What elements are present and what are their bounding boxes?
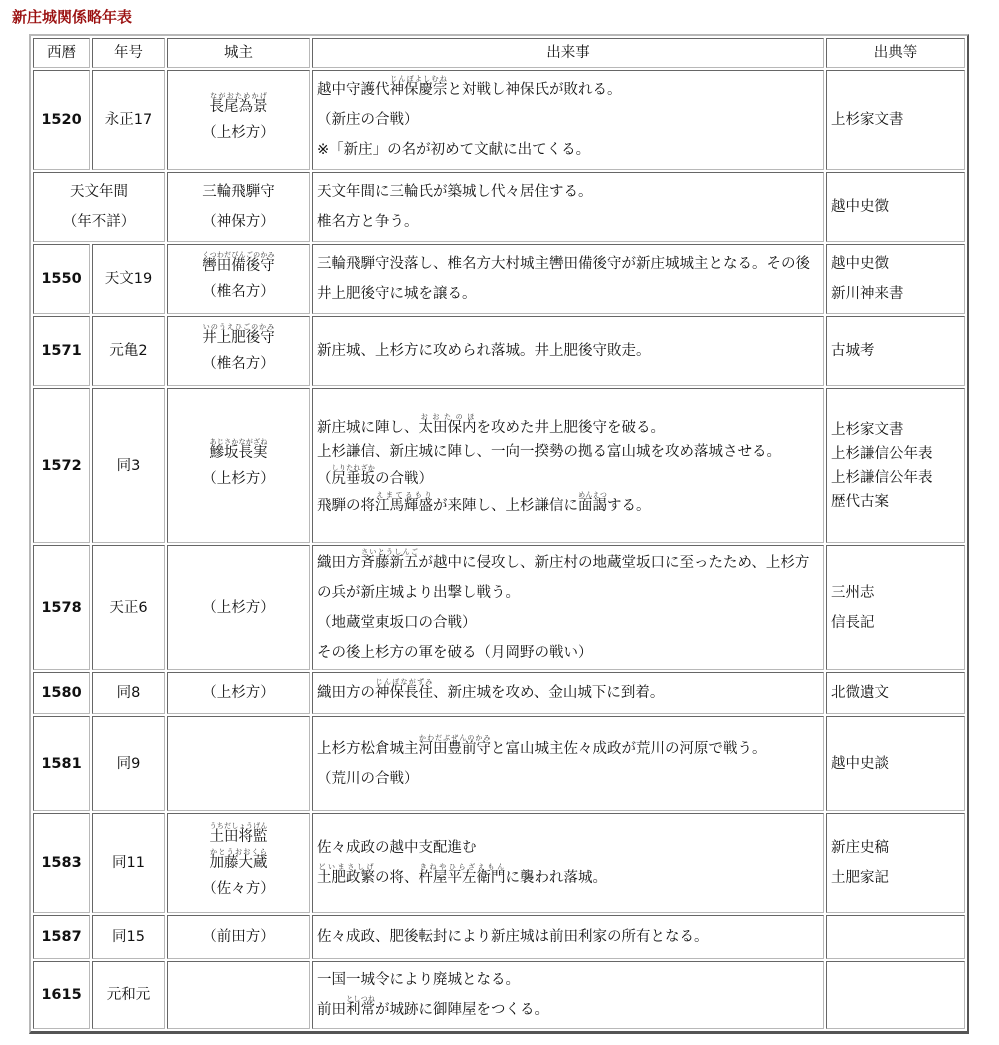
event-line: 織田方斉藤新五さいとうしんごが越中に侵攻し、新庄村の地蔵堂坂口に至ったため、上杉… <box>317 548 819 608</box>
chronology-table: 西暦 年号 城主 出来事 出典等 1520永正17長尾為景ながおためかげ（上杉方… <box>29 34 969 1034</box>
year-cell: 1520 <box>33 70 90 170</box>
lord-line: （椎名方） <box>172 277 305 307</box>
term-text: 土肥政繁 <box>317 870 375 886</box>
year-cell: 1550 <box>33 244 90 314</box>
text-segment: する。 <box>607 498 651 514</box>
furigana: じんぼながずみ <box>375 678 433 686</box>
text-segment: 織田方 <box>317 555 361 571</box>
table-row: 1578天正6（上杉方）織田方斉藤新五さいとうしんごが越中に侵攻し、新庄村の地蔵… <box>33 545 965 670</box>
source-item: 歴代古案 <box>831 490 960 514</box>
event-cell: 一国一城令により廃城となる。前田利常としつねが城跡に御陣屋をつくる。 <box>312 961 824 1029</box>
era-cell: 同15 <box>92 915 165 959</box>
event-line: 土肥政繁どいまさしげの将、杵屋平左衛門きねやひらざえもんに襲われ落城。 <box>317 863 819 893</box>
text-segment: 、新庄城を攻め、金山城下に到着。 <box>433 685 664 701</box>
era-cell: 永正17 <box>92 70 165 170</box>
furigana: おおたのほ <box>419 413 477 421</box>
source-cell: 越中史徴 <box>826 172 965 242</box>
text-segment: が城跡に御陣屋をつくる。 <box>375 1002 549 1018</box>
source-item: 上杉家文書 <box>831 105 960 135</box>
text-segment: と富山城主佐々成政が荒川の河原で戦う。 <box>491 741 767 757</box>
event-line: 三輪飛騨守没落し、椎名方大村城主轡田備後守が新庄城城主となる。その後井上肥後守に… <box>317 249 819 309</box>
text-segment: その後上杉方の軍を破る（月岡野の戦い） <box>317 645 593 661</box>
ruby-term: 神保長住じんぼながずみ <box>375 685 433 701</box>
source-item: 上杉謙信公年表 <box>831 466 960 490</box>
year-cell: 1615 <box>33 961 90 1029</box>
table-header-row: 西暦 年号 城主 出来事 出典等 <box>33 38 965 68</box>
lord-line: （上杉方） <box>172 593 305 623</box>
text-segment: 織田方の <box>317 685 375 701</box>
source-item: 新川神来書 <box>831 279 960 309</box>
event-cell: 織田方斉藤新五さいとうしんごが越中に侵攻し、新庄村の地蔵堂坂口に至ったため、上杉… <box>312 545 824 670</box>
era-label: 天文年間 <box>38 177 160 207</box>
era-cell: 同8 <box>92 672 165 714</box>
furigana: かわだぶぜんのかみ <box>419 734 491 742</box>
text-segment: 上杉謙信、新庄城に陣し、一向一揆勢の拠る富山城を攻め落城させる。 <box>317 444 781 460</box>
source-cell: 上杉家文書 <box>826 70 965 170</box>
era-cell: 同11 <box>92 813 165 913</box>
source-cell: 越中史徴新川神来書 <box>826 244 965 314</box>
event-line: （新庄の合戦） <box>317 105 819 135</box>
term-text: 加藤大蔵 <box>210 855 268 871</box>
text-segment: を攻めた井上肥後守を破る。 <box>477 420 666 436</box>
text-segment: 新庄城、上杉方に攻められ落城。井上肥後守敗走。 <box>317 343 651 359</box>
text-segment: と対戦し神保氏が敗れる。 <box>448 82 622 98</box>
text-segment: （椎名方） <box>202 284 275 300</box>
era-cell-merged: 天文年間（年不詳） <box>33 172 165 242</box>
text-segment: ※「新庄」の名が初めて文献に出てくる。 <box>317 142 590 158</box>
lord-line: 加藤大蔵かとうおおくら <box>172 848 305 874</box>
text-segment: （椎名方） <box>202 356 275 372</box>
term-text: 神保長住 <box>375 685 433 701</box>
lord-cell: 井上肥後守いのうえひごのかみ（椎名方） <box>167 316 310 386</box>
furigana: じんぼよしむね <box>390 75 448 83</box>
lord-cell: 長尾為景ながおためかげ（上杉方） <box>167 70 310 170</box>
text-segment: （前田方） <box>202 929 275 945</box>
source-item: 三州志 <box>831 578 960 608</box>
source-item: 上杉謙信公年表 <box>831 442 960 466</box>
table-row: 1571元亀2井上肥後守いのうえひごのかみ（椎名方）新庄城、上杉方に攻められ落城… <box>33 316 965 386</box>
text-segment: 越中守護代 <box>317 82 390 98</box>
event-line: 前田利常としつねが城跡に御陣屋をつくる。 <box>317 995 819 1025</box>
text-segment: （荒川の合戦） <box>317 771 419 787</box>
source-item: 土肥家記 <box>831 863 960 893</box>
term-text: 鰺坂長実 <box>210 445 268 461</box>
event-cell: 佐々成政の越中支配進む土肥政繁どいまさしげの将、杵屋平左衛門きねやひらざえもんに… <box>312 813 824 913</box>
term-text: 井上肥後守 <box>202 330 275 346</box>
event-cell: 上杉方松倉城主河田豊前守かわだぶぜんのかみと富山城主佐々成政が荒川の河原で戦う。… <box>312 716 824 811</box>
table-row: 1550天文19轡田備後守くつわだびんごのかみ（椎名方）三輪飛騨守没落し、椎名方… <box>33 244 965 314</box>
ruby-term: 轡田備後守くつわだびんごのかみ <box>202 258 275 274</box>
ruby-term: 杵屋平左衛門きねやひらざえもん <box>419 870 506 886</box>
lord-cell: （前田方） <box>167 915 310 959</box>
event-line: （荒川の合戦） <box>317 764 819 794</box>
text-segment: 一国一城令により廃城となる。 <box>317 972 520 988</box>
ruby-term: 斉藤新五さいとうしんご <box>361 555 419 571</box>
term-text: 太田保内 <box>419 420 477 436</box>
term-text: 轡田備後守 <box>202 258 275 274</box>
table-row: 1581同9上杉方松倉城主河田豊前守かわだぶぜんのかみと富山城主佐々成政が荒川の… <box>33 716 965 811</box>
event-line: 椎名方と争う。 <box>317 207 819 237</box>
lord-cell: 三輪飛騨守（神保方） <box>167 172 310 242</box>
furigana: くつわだびんごのかみ <box>202 251 275 259</box>
term-text: 斉藤新五 <box>361 555 419 571</box>
ruby-term: 江馬輝盛えまてるもり <box>375 498 433 514</box>
event-line: 一国一城令により廃城となる。 <box>317 965 819 995</box>
event-line: 天文年間に三輪氏が築城し代々居住する。 <box>317 177 819 207</box>
table-row: 1587同15（前田方）佐々成政、肥後転封により新庄城は前田利家の所有となる。 <box>33 915 965 959</box>
text-segment: 椎名方と争う。 <box>317 214 419 230</box>
event-line: 新庄城、上杉方に攻められ落城。井上肥後守敗走。 <box>317 336 819 366</box>
furigana: としつね <box>346 995 375 1003</box>
era-cell: 天正6 <box>92 545 165 670</box>
source-item: 越中史談 <box>831 749 960 779</box>
lord-line: 長尾為景ながおためかげ <box>172 92 305 118</box>
event-line: （尻垂坂しりたれざかの合戦） <box>317 464 819 491</box>
table-row: 1520永正17長尾為景ながおためかげ（上杉方）越中守護代神保慶宗じんぼよしむね… <box>33 70 965 170</box>
ruby-term: 太田保内おおたのほ <box>419 420 477 436</box>
text-segment: 前田 <box>317 1002 346 1018</box>
term-text: 面謁 <box>578 498 607 514</box>
source-item: 北微遺文 <box>831 678 960 708</box>
furigana: いのうえひごのかみ <box>202 323 274 331</box>
furigana: うちだしょうげん <box>210 822 268 830</box>
source-item: 古城考 <box>831 336 960 366</box>
event-cell: 織田方の神保長住じんぼながずみ、新庄城を攻め、金山城下に到着。 <box>312 672 824 714</box>
event-line: ※「新庄」の名が初めて文献に出てくる。 <box>317 135 819 165</box>
term-text: 尻垂坂 <box>332 471 376 487</box>
ruby-term: 土肥政繁どいまさしげ <box>317 870 375 886</box>
year-cell: 1572 <box>33 388 90 543</box>
text-segment: （佐々方） <box>202 881 275 897</box>
term-text: 長尾為景 <box>210 99 268 115</box>
lord-line: （佐々方） <box>172 874 305 904</box>
event-cell: 新庄城に陣し、太田保内おおたのほを攻めた井上肥後守を破る。上杉謙信、新庄城に陣し… <box>312 388 824 543</box>
lord-line: （上杉方） <box>172 118 305 148</box>
lord-cell <box>167 716 310 811</box>
era-cell: 元和元 <box>92 961 165 1029</box>
table-row: 天文年間（年不詳）三輪飛騨守（神保方）天文年間に三輪氏が築城し代々居住する。椎名… <box>33 172 965 242</box>
lord-cell <box>167 961 310 1029</box>
lord-cell: （上杉方） <box>167 545 310 670</box>
source-cell: 上杉家文書上杉謙信公年表上杉謙信公年表歴代古案 <box>826 388 965 543</box>
table-body: 1520永正17長尾為景ながおためかげ（上杉方）越中守護代神保慶宗じんぼよしむね… <box>33 70 965 1029</box>
event-line: 上杉方松倉城主河田豊前守かわだぶぜんのかみと富山城主佐々成政が荒川の河原で戦う。 <box>317 734 819 764</box>
term-text: 江馬輝盛 <box>375 498 433 514</box>
text-segment: （上杉方） <box>202 125 275 141</box>
text-segment: 天文年間に三輪氏が築城し代々居住する。 <box>317 184 593 200</box>
furigana: あじさかながざね <box>210 438 268 446</box>
term-text: 土田将監 <box>210 829 268 845</box>
era-cell: 同9 <box>92 716 165 811</box>
furigana: かとうおおくら <box>210 848 268 856</box>
text-segment: の合戦） <box>375 471 433 487</box>
table-row: 1572同3鰺坂長実あじさかながざね（上杉方）新庄城に陣し、太田保内おおたのほを… <box>33 388 965 543</box>
furigana: めんえつ <box>578 491 607 499</box>
furigana: どいまさしげ <box>317 863 375 871</box>
ruby-term: 尻垂坂しりたれざか <box>332 471 376 487</box>
furigana: きねやひらざえもん <box>419 863 506 871</box>
lord-line: 轡田備後守くつわだびんごのかみ <box>172 251 305 277</box>
lord-cell: （上杉方） <box>167 672 310 714</box>
term-text: 杵屋平左衛門 <box>419 870 506 886</box>
era-cell: 同3 <box>92 388 165 543</box>
text-segment: （上杉方） <box>202 685 275 701</box>
term-text: 利常 <box>346 1002 375 1018</box>
lord-line: 土田将監うちだしょうげん <box>172 822 305 848</box>
ruby-term: 神保慶宗じんぼよしむね <box>390 82 448 98</box>
text-segment: （地蔵堂東坂口の合戦） <box>317 615 477 631</box>
header-lord: 城主 <box>167 38 310 68</box>
year-cell: 1580 <box>33 672 90 714</box>
source-item: 新庄史稿 <box>831 833 960 863</box>
era-cell: 天文19 <box>92 244 165 314</box>
table-row: 1580同8（上杉方）織田方の神保長住じんぼながずみ、新庄城を攻め、金山城下に到… <box>33 672 965 714</box>
source-cell: 新庄史稿土肥家記 <box>826 813 965 913</box>
era-sublabel: （年不詳） <box>38 207 160 237</box>
table-row: 1583同11土田将監うちだしょうげん加藤大蔵かとうおおくら（佐々方）佐々成政の… <box>33 813 965 913</box>
source-cell: 三州志信長記 <box>826 545 965 670</box>
event-cell: 天文年間に三輪氏が築城し代々居住する。椎名方と争う。 <box>312 172 824 242</box>
event-line: 飛騨の将江馬輝盛えまてるもりが来陣し、上杉謙信に面謁めんえつする。 <box>317 491 819 518</box>
text-segment: （上杉方） <box>202 471 275 487</box>
year-cell: 1571 <box>33 316 90 386</box>
event-line: 佐々成政、肥後転封により新庄城は前田利家の所有となる。 <box>317 922 819 952</box>
text-segment: 三輪飛騨守没落し、椎名方大村城主轡田備後守が新庄城城主となる。その後井上肥後守に… <box>317 256 810 302</box>
lord-cell: 土田将監うちだしょうげん加藤大蔵かとうおおくら（佐々方） <box>167 813 310 913</box>
text-segment: に襲われ落城。 <box>506 870 608 886</box>
text-segment: 三輪飛騨守 <box>202 184 275 200</box>
year-cell: 1587 <box>33 915 90 959</box>
text-segment: 新庄城に陣し、 <box>317 420 419 436</box>
lord-line: 井上肥後守いのうえひごのかみ <box>172 323 305 349</box>
text-segment: （ <box>317 471 332 487</box>
furigana: さいとうしんご <box>361 548 419 556</box>
header-source: 出典等 <box>826 38 965 68</box>
event-cell: 佐々成政、肥後転封により新庄城は前田利家の所有となる。 <box>312 915 824 959</box>
text-segment: が来陣し、上杉謙信に <box>433 498 578 514</box>
year-cell: 1578 <box>33 545 90 670</box>
event-line: 上杉謙信、新庄城に陣し、一向一揆勢の拠る富山城を攻め落城させる。 <box>317 440 819 464</box>
event-cell: 三輪飛騨守没落し、椎名方大村城主轡田備後守が新庄城城主となる。その後井上肥後守に… <box>312 244 824 314</box>
lord-line: （前田方） <box>172 922 305 952</box>
lord-cell: 轡田備後守くつわだびんごのかみ（椎名方） <box>167 244 310 314</box>
source-cell: 古城考 <box>826 316 965 386</box>
lord-line: （椎名方） <box>172 349 305 379</box>
text-segment: 上杉方松倉城主 <box>317 741 419 757</box>
source-cell: 北微遺文 <box>826 672 965 714</box>
source-cell <box>826 961 965 1029</box>
table-row: 1615元和元一国一城令により廃城となる。前田利常としつねが城跡に御陣屋をつくる… <box>33 961 965 1029</box>
text-segment: の将、 <box>375 870 419 886</box>
text-segment: 佐々成政、肥後転封により新庄城は前田利家の所有となる。 <box>317 929 709 945</box>
text-segment: 佐々成政の越中支配進む <box>317 840 477 856</box>
year-cell: 1583 <box>33 813 90 913</box>
text-segment: （新庄の合戦） <box>317 112 419 128</box>
source-item: 上杉家文書 <box>831 418 960 442</box>
event-line: 新庄城に陣し、太田保内おおたのほを攻めた井上肥後守を破る。 <box>317 413 819 440</box>
furigana: しりたれざか <box>332 464 376 472</box>
furigana: ながおためかげ <box>210 92 268 100</box>
lord-line: （上杉方） <box>172 464 305 494</box>
header-event: 出来事 <box>312 38 824 68</box>
ruby-term: 鰺坂長実あじさかながざね <box>210 445 268 461</box>
event-line: 越中守護代神保慶宗じんぼよしむねと対戦し神保氏が敗れる。 <box>317 75 819 105</box>
lord-line: 三輪飛騨守 <box>172 177 305 207</box>
lord-line: 鰺坂長実あじさかながざね <box>172 438 305 464</box>
source-item: 越中史徴 <box>831 192 960 222</box>
lord-line: （神保方） <box>172 207 305 237</box>
event-cell: 新庄城、上杉方に攻められ落城。井上肥後守敗走。 <box>312 316 824 386</box>
ruby-term: 土田将監うちだしょうげん <box>210 829 268 845</box>
furigana: えまてるもり <box>375 491 433 499</box>
lord-line: （上杉方） <box>172 678 305 708</box>
event-line: （地蔵堂東坂口の合戦） <box>317 608 819 638</box>
page-title: 新庄城関係略年表 <box>12 6 132 27</box>
text-segment: （上杉方） <box>202 600 275 616</box>
event-line: その後上杉方の軍を破る（月岡野の戦い） <box>317 638 819 668</box>
event-line: 佐々成政の越中支配進む <box>317 833 819 863</box>
term-text: 河田豊前守 <box>419 741 492 757</box>
term-text: 神保慶宗 <box>390 82 448 98</box>
ruby-term: 加藤大蔵かとうおおくら <box>210 855 268 871</box>
ruby-term: 面謁めんえつ <box>578 498 607 514</box>
event-line: 織田方の神保長住じんぼながずみ、新庄城を攻め、金山城下に到着。 <box>317 678 819 708</box>
ruby-term: 井上肥後守いのうえひごのかみ <box>202 330 275 346</box>
source-cell <box>826 915 965 959</box>
text-segment: （神保方） <box>202 214 275 230</box>
header-era: 年号 <box>92 38 165 68</box>
header-year: 西暦 <box>33 38 90 68</box>
ruby-term: 利常としつね <box>346 1002 375 1018</box>
lord-cell: 鰺坂長実あじさかながざね（上杉方） <box>167 388 310 543</box>
source-cell: 越中史談 <box>826 716 965 811</box>
text-segment: 飛騨の将 <box>317 498 375 514</box>
event-cell: 越中守護代神保慶宗じんぼよしむねと対戦し神保氏が敗れる。（新庄の合戦）※「新庄」… <box>312 70 824 170</box>
ruby-term: 長尾為景ながおためかげ <box>210 99 268 115</box>
era-cell: 元亀2 <box>92 316 165 386</box>
year-cell: 1581 <box>33 716 90 811</box>
source-item: 信長記 <box>831 608 960 638</box>
ruby-term: 河田豊前守かわだぶぜんのかみ <box>419 741 492 757</box>
source-item: 越中史徴 <box>831 249 960 279</box>
